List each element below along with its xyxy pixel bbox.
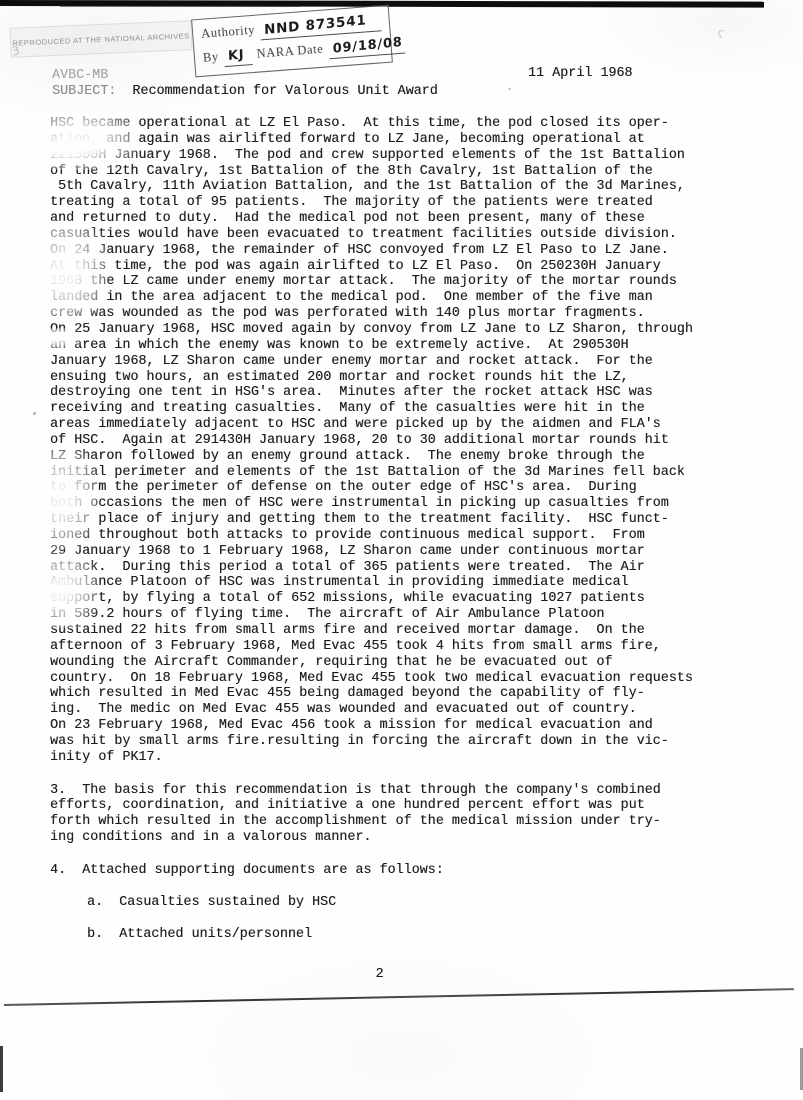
text-line: was hit by small arms fire.resulting in … (50, 734, 740, 750)
scan-edge-bar-shadow (60, 5, 300, 7)
text-line: On 25 January 1968, HSC moved again by c… (50, 322, 740, 338)
text-line: sustained 22 hits from small arms fire a… (50, 623, 740, 639)
text-line: treating a total of 95 patients. The maj… (50, 195, 740, 211)
by-underline: KJ (223, 45, 252, 67)
text-line: destroying one tent in HSG's area. Minut… (50, 385, 740, 401)
text-line: landed in the area adjacent to the medic… (50, 290, 740, 306)
text-line: forth which resulted in the accomplishme… (50, 814, 740, 830)
text-line: initial perimeter and elements of the 1s… (50, 465, 740, 481)
scan-edge-mark-left (0, 1046, 3, 1092)
text-line: areas immediately adjacent to HSC and we… (50, 417, 740, 433)
text-line: efforts, coordination, and initiative a … (50, 798, 740, 814)
text-line: both occasions the men of HSC were instr… (50, 496, 740, 512)
text-line: January 1968, LZ Sharon came under enemy… (50, 354, 740, 370)
subject-text: Recommendation for Valorous Unit Award (132, 84, 437, 99)
text-line: their place of injury and getting them t… (50, 512, 740, 528)
text-line: country. On 18 February 1968, Med Evac 4… (50, 671, 740, 687)
subject-spacer (116, 84, 132, 99)
office-symbol: AVBC-MB (52, 68, 438, 84)
text-line: On 23 February 1968, Med Evac 456 took a… (50, 718, 740, 734)
subject-line: SUBJECT: Recommendation for Valorous Uni… (52, 84, 438, 100)
text-line: 3. The basis for this recommendation is … (50, 783, 740, 799)
text-line: inity of PK17. (50, 750, 740, 766)
attachment-list: a. Casualties sustained by HSCb. Attache… (50, 895, 740, 943)
text-line: ing conditions and in a valorous manner. (50, 830, 740, 846)
text-line: support, by flying a total of 652 missio… (50, 591, 740, 607)
text-line: ensuing two hours, an estimated 200 mort… (50, 370, 740, 386)
paragraph-4: 4. Attached supporting documents are as … (50, 863, 740, 879)
text-line: casualties would have been evacuated to … (50, 227, 740, 243)
text-line: ation, and again was airlifted forward t… (50, 132, 740, 148)
text-line: crew was wounded as the pod was perforat… (50, 306, 740, 322)
text-line: 5th Cavalry, 11th Aviation Battalion, an… (50, 179, 740, 195)
text-line: ing. The medic on Med Evac 455 was wound… (50, 702, 740, 718)
text-line: receiving and treating casualties. Many … (50, 401, 740, 417)
text-line: 29 January 1968 to 1 February 1968, LZ S… (50, 544, 740, 560)
text-line: ioned throughout both attacks to provide… (50, 528, 740, 544)
text-line: to form the perimeter of defense on the … (50, 480, 740, 496)
nara-date-value-handwritten: 09/18/08 (332, 35, 402, 57)
page-number: 2 (50, 967, 710, 983)
text-line: On 24 January 1968, the remainder of HSC… (50, 243, 740, 259)
text-line: which resulted in Med Evac 455 being dam… (50, 686, 740, 702)
text-line: LZ Sharon followed by an enemy ground at… (50, 449, 740, 465)
text-line: in 589.2 hours of flying time. The aircr… (50, 607, 740, 623)
text-line: Ambulance Platoon of HSC was instrumenta… (50, 575, 740, 591)
text-line: and returned to duty. Had the medical po… (50, 211, 740, 227)
text-line: afternoon of 3 February 1968, Med Evac 4… (50, 639, 740, 655)
paragraph-4-intro: 4. Attached supporting documents are as … (50, 863, 740, 879)
scan-speck (508, 88, 511, 90)
text-line: of the 12th Cavalry, 1st Battalion of th… (50, 164, 740, 180)
declassification-authority-stamp: Authority NND 873541 By KJ NARA Date 09/… (191, 5, 393, 78)
text-line: wounding the Aircraft Commander, requiri… (50, 655, 740, 671)
document-header: AVBC-MB SUBJECT: Recommendation for Valo… (52, 68, 438, 100)
document-page: REPRODUCED AT THE NATIONAL ARCHIVES 3 ς … (0, 0, 803, 1100)
attachment-item: a. Casualties sustained by HSC (50, 895, 740, 911)
text-line: HSC became operational at LZ El Paso. At… (50, 116, 740, 132)
by-value-handwritten: KJ (228, 47, 245, 64)
paragraph-3: 3. The basis for this recommendation is … (50, 783, 740, 846)
text-line: of HSC. Again at 291430H January 1968, 2… (50, 433, 740, 449)
scan-speck (33, 412, 36, 415)
attachment-item: b. Attached units/personnel (50, 927, 740, 943)
authority-value-handwritten: NND 873541 (264, 12, 367, 38)
authority-label: Authority (201, 23, 256, 42)
stray-mark: ς (716, 25, 727, 40)
paragraph-2: HSC became operational at LZ El Paso. At… (50, 116, 740, 766)
nara-date-underline: 09/18/08 (328, 34, 405, 60)
text-line: 1968 the LZ came under enemy mortar atta… (50, 274, 740, 290)
document-body: HSC became operational at LZ El Paso. At… (50, 116, 740, 982)
national-archives-stamp-text: REPRODUCED AT THE NATIONAL ARCHIVES (12, 31, 190, 47)
text-line: At this time, the pod was again airlifte… (50, 259, 740, 275)
national-archives-stamp: REPRODUCED AT THE NATIONAL ARCHIVES (9, 20, 192, 58)
document-date: 11 April 1968 (528, 66, 632, 82)
text-line: attack. During this period a total of 36… (50, 560, 740, 576)
text-line: 221500H January 1968. The pod and crew s… (50, 148, 740, 164)
scan-crease-line (4, 988, 794, 1006)
subject-label: SUBJECT: (52, 84, 116, 99)
nara-date-label: NARA Date (256, 42, 324, 62)
text-line: an area in which the enemy was known to … (50, 338, 740, 354)
by-label: By (202, 50, 219, 66)
